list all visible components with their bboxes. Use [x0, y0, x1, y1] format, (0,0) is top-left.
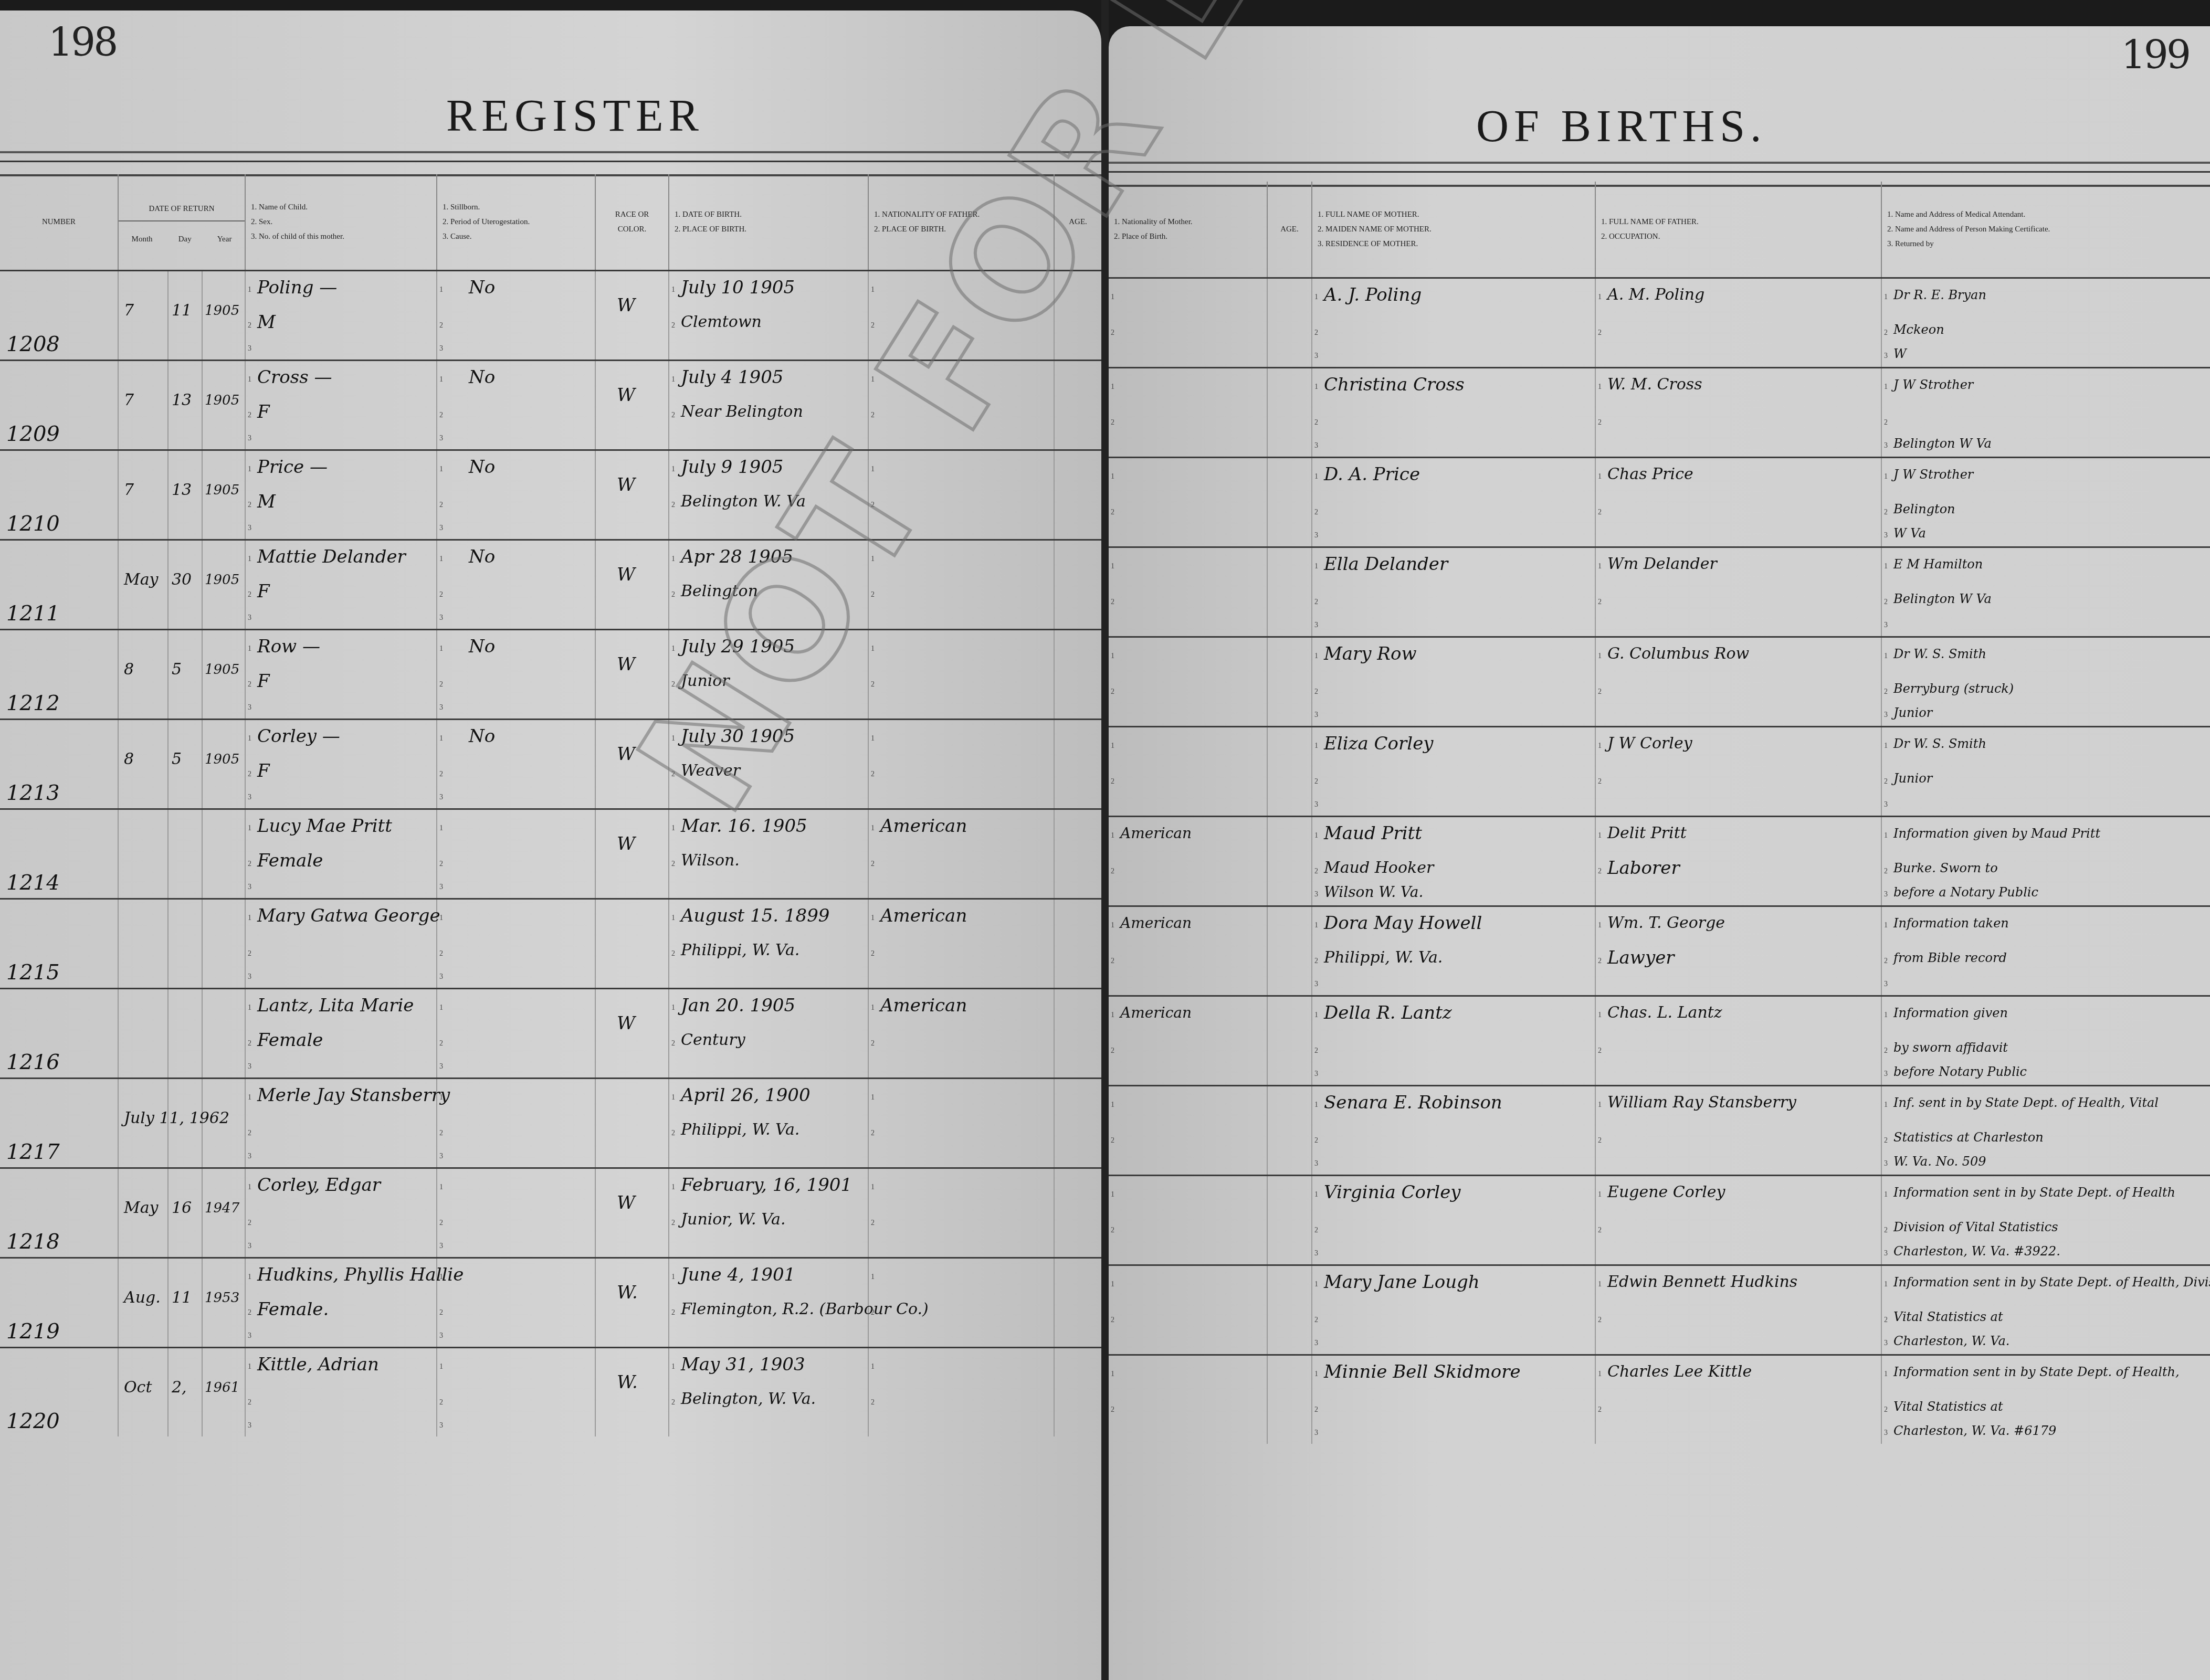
line-marker-1: 1 [1884, 922, 1888, 930]
line-marker-2: 2 [1314, 868, 1318, 876]
line-marker-3: 3 [1314, 1339, 1318, 1348]
line-marker-1: 1 [1598, 1281, 1602, 1289]
line-marker-3: 3 [1884, 1070, 1888, 1079]
line-marker-3: 3 [1314, 352, 1318, 361]
header-child: 1. Name of Child. 2. Sex. 3. No. of chil… [245, 174, 437, 271]
header-mother-nationality: 1. Nationality of Mother. 2. Place of Bi… [1109, 182, 1267, 278]
line-marker-1: 1 [1598, 293, 1602, 302]
line-marker-3: 3 [1884, 980, 1888, 989]
line-marker-2: 2 [671, 770, 675, 779]
record-number: 1218 [6, 1229, 60, 1255]
line-marker-3: 3 [439, 1063, 443, 1071]
line-marker-1: 1 [439, 645, 443, 653]
return-month: 8 [124, 746, 134, 773]
attendant-line-1: Dr R. E. Bryan [1893, 282, 1986, 308]
child-name: Lantz, Lita Marie [257, 992, 414, 1019]
attendant-line-2: from Bible record [1893, 945, 2007, 971]
line-marker-1: 1 [1111, 742, 1114, 751]
line-marker-1: 1 [671, 735, 675, 743]
line-marker-1: 1 [248, 1363, 251, 1371]
attendant-line-2: Vital Statistics at [1893, 1304, 2003, 1330]
line-marker-2: 2 [1884, 329, 1888, 337]
line-marker-2: 2 [248, 770, 251, 779]
header-birth-date: 1. DATE OF BIRTH. [675, 207, 862, 222]
attendant-line-3: before a Notary Public [1893, 879, 2038, 905]
line-marker-1: 1 [1884, 652, 1888, 661]
child-sex: M [257, 309, 276, 335]
register-row: 1216123Lantz, Lita MarieFemale123W12Jan … [0, 989, 1101, 1079]
register-row: 1213851905123Corley —F123NoW12July 30 19… [0, 720, 1101, 809]
line-marker-2: 2 [439, 591, 443, 599]
return-month: May [124, 567, 159, 593]
left-page: 198 REGISTER NUMBER DATE OF RETURN Month… [0, 10, 1101, 1680]
register-table-left: NUMBER DATE OF RETURN Month Day Year 1. … [0, 174, 1101, 1436]
father-name: Chas Price [1607, 461, 1693, 488]
attendant-line-3: W [1893, 341, 1907, 367]
record-number: 1210 [6, 511, 60, 537]
mother-nationality: American [1120, 820, 1192, 847]
line-marker-2: 2 [871, 770, 875, 779]
line-marker-2: 2 [1314, 509, 1318, 517]
line-marker-3: 3 [439, 435, 443, 443]
line-marker-2: 2 [439, 322, 443, 330]
race-value: W [617, 741, 635, 767]
line-marker-1: 1 [671, 914, 675, 923]
father-name: G. Columbus Row [1607, 641, 1749, 667]
line-marker-1: 1 [248, 286, 251, 294]
register-row-right: 12American123Della R. Lantz12Chas. L. La… [1109, 996, 2210, 1086]
attendant-line-1: J W Strother [1893, 461, 1973, 488]
child-sex: Female [257, 848, 323, 874]
line-marker-1: 1 [1111, 293, 1114, 302]
line-marker-2: 2 [1314, 1227, 1318, 1235]
line-marker-2: 2 [871, 591, 875, 599]
line-marker-2: 2 [1598, 329, 1602, 337]
line-marker-2: 2 [671, 1309, 675, 1317]
mother-name: Minnie Bell Skidmore [1324, 1359, 1521, 1385]
line-marker-2: 2 [248, 591, 251, 599]
attendant-line-3: Junior [1893, 700, 1932, 726]
line-marker-1: 1 [671, 1094, 675, 1102]
header-father-nat-2: 2. PLACE OF BIRTH. [874, 222, 1048, 237]
line-marker-1: 1 [671, 1184, 675, 1192]
father-name: Eugene Corley [1607, 1179, 1725, 1206]
father-name: Wm Delander [1607, 551, 1717, 577]
line-marker-2: 2 [1598, 1316, 1602, 1325]
header-date-of-return-label: DATE OF RETURN [119, 197, 245, 221]
line-marker-2: 2 [1598, 1137, 1602, 1145]
child-name: Corley, Edgar [257, 1172, 381, 1198]
register-row: 1215123Mary Gatwa George12312August 15. … [0, 899, 1101, 989]
line-marker-2: 2 [671, 591, 675, 599]
line-marker-2: 2 [248, 322, 251, 330]
line-marker-2: 2 [871, 1219, 875, 1228]
record-number: 1212 [6, 690, 60, 716]
father-name: W. M. Cross [1607, 372, 1702, 398]
birth-place: Belington, W. Va. [681, 1386, 816, 1412]
father-nationality: American [880, 903, 967, 929]
line-marker-1: 1 [248, 914, 251, 923]
header-child-sex: 2. Sex. [251, 215, 431, 229]
mother-residence: Wilson W. Va. [1324, 879, 1423, 905]
child-sex: Female [257, 1027, 323, 1053]
attendant-line-2: Burke. Sworn to [1893, 855, 1998, 881]
line-marker-3: 3 [248, 973, 251, 981]
line-marker-1: 1 [1314, 652, 1318, 661]
line-marker-1: 1 [1598, 1101, 1602, 1110]
line-marker-3: 3 [439, 704, 443, 712]
birth-date: July 10 1905 [681, 274, 795, 301]
record-number: 1219 [6, 1318, 60, 1345]
line-marker-2: 2 [1884, 1137, 1888, 1145]
birth-date: April 26, 1900 [681, 1082, 811, 1108]
return-year: 1947 [205, 1195, 239, 1221]
line-marker-2: 2 [1111, 688, 1114, 696]
attendant-line-2: by sworn affidavit [1893, 1034, 2008, 1061]
line-marker-1: 1 [1884, 1011, 1888, 1020]
line-marker-2: 2 [1884, 598, 1888, 607]
line-marker-3: 3 [248, 1332, 251, 1340]
attendant-line-1: Information taken [1893, 910, 2009, 936]
return-year: 1905 [205, 657, 239, 683]
line-marker-2: 2 [248, 501, 251, 510]
birth-date: May 31, 1903 [681, 1351, 805, 1378]
line-marker-3: 3 [1884, 352, 1888, 361]
line-marker-2: 2 [671, 1219, 675, 1228]
line-marker-1: 1 [1111, 1370, 1114, 1379]
line-marker-1: 1 [871, 286, 875, 294]
attendant-line-1: J W Strother [1893, 372, 1973, 398]
child-sex: M [257, 489, 276, 515]
line-marker-1: 1 [248, 735, 251, 743]
line-marker-1: 1 [1314, 1370, 1318, 1379]
line-marker-1: 1 [671, 286, 675, 294]
line-marker-2: 2 [1111, 1047, 1114, 1055]
line-marker-3: 3 [439, 973, 443, 981]
table-header-row-right: 1. Nationality of Mother. 2. Place of Bi… [1109, 182, 2210, 278]
line-marker-1: 1 [1598, 473, 1602, 481]
line-marker-3: 3 [1884, 711, 1888, 720]
line-marker-1: 1 [439, 1273, 443, 1282]
line-marker-1: 1 [1884, 1370, 1888, 1379]
header-race-2: COLOR. [601, 222, 663, 237]
line-marker-2: 2 [1884, 778, 1888, 786]
line-marker-2: 2 [1111, 509, 1114, 517]
birth-date: July 30 1905 [681, 723, 795, 749]
line-marker-1: 1 [871, 914, 875, 923]
line-marker-3: 3 [1884, 1250, 1888, 1258]
child-sex: F [257, 758, 270, 784]
record-number: 1209 [6, 421, 60, 447]
register-row: 1211May301905123Mattie DelanderF123NoW12… [0, 540, 1101, 630]
line-marker-3: 3 [1314, 532, 1318, 540]
return-year: 1961 [205, 1375, 239, 1401]
line-marker-2: 2 [1884, 1316, 1888, 1325]
birth-date: Apr 28 1905 [681, 544, 793, 570]
line-marker-1: 1 [1598, 742, 1602, 751]
child-name: Poling — [257, 274, 337, 301]
line-marker-1: 1 [1314, 922, 1318, 930]
register-row: 1218May161947123Corley, Edgar123W12Febru… [0, 1168, 1101, 1258]
header-stillborn: 1. Stillborn. 2. Period of Uterogestatio… [437, 174, 595, 271]
line-marker-1: 1 [1598, 1370, 1602, 1379]
line-marker-2: 2 [1314, 1316, 1318, 1325]
line-marker-2: 2 [1314, 419, 1318, 427]
line-marker-1: 1 [248, 1004, 251, 1012]
line-marker-2: 2 [1314, 1137, 1318, 1145]
line-marker-2: 2 [439, 411, 443, 420]
line-marker-1: 1 [439, 376, 443, 384]
header-father-name: 1. FULL NAME OF FATHER. [1601, 215, 1876, 229]
father-name: Delit Pritt [1607, 820, 1687, 847]
attendant-line-3: Charleston, W. Va. #3922. [1893, 1238, 2060, 1264]
line-marker-3: 3 [439, 1242, 443, 1251]
header-father-occupation: 2. OCCUPATION. [1601, 229, 1876, 244]
line-marker-1: 1 [248, 376, 251, 384]
return-day: 2, [172, 1375, 187, 1401]
header-date-of-return: DATE OF RETURN Month Day Year [118, 174, 245, 271]
father-occupation: Laborer [1607, 855, 1680, 881]
register-row: 1212851905123Row —F123NoW12July 29 1905J… [0, 630, 1101, 720]
line-marker-3: 3 [248, 794, 251, 802]
header-birth-place: 2. PLACE OF BIRTH. [675, 222, 862, 237]
line-marker-3: 3 [248, 614, 251, 622]
return-day: 11 [172, 1285, 192, 1311]
header-child-no: 3. No. of child of this mother. [251, 229, 431, 244]
header-child-name: 1. Name of Child. [251, 200, 431, 215]
father-name: Wm. T. George [1607, 910, 1725, 936]
line-marker-3: 3 [248, 524, 251, 533]
attendant-line-2: Belington [1893, 496, 1955, 522]
line-marker-2: 2 [1598, 1047, 1602, 1055]
mother-name: Maud Pritt [1324, 820, 1422, 847]
line-marker-2: 2 [1314, 1406, 1318, 1414]
attendant-line-3: Charleston, W. Va. #6179 [1893, 1418, 2056, 1444]
attendant-line-1: E M Hamilton [1893, 551, 1983, 577]
attendant-line-2: Mckeon [1893, 316, 1944, 343]
header-race-1: RACE OR [601, 207, 663, 222]
race-value: W [617, 1190, 635, 1216]
mother-maiden-name: Philippi, W. Va. [1324, 945, 1443, 971]
line-marker-1: 1 [1314, 383, 1318, 392]
line-marker-1: 1 [1111, 1281, 1114, 1289]
line-marker-2: 2 [1884, 509, 1888, 517]
register-row-right: 12123Virginia Corley12Eugene Corley123In… [1109, 1176, 2210, 1265]
line-marker-1: 1 [1314, 742, 1318, 751]
line-marker-1: 1 [1111, 832, 1114, 840]
birth-date: July 4 1905 [681, 364, 783, 390]
line-marker-1: 1 [248, 1184, 251, 1192]
line-marker-3: 3 [439, 883, 443, 892]
birth-place: Philippi, W. Va. [681, 937, 799, 964]
birth-place: Clemtown [681, 309, 762, 335]
header-day: Day [178, 232, 192, 247]
child-sex: F [257, 668, 270, 694]
attendant-line-3: before Notary Public [1893, 1059, 2027, 1085]
line-marker-1: 1 [871, 1363, 875, 1371]
race-value: W [617, 831, 635, 857]
child-name: Mattie Delander [257, 544, 406, 570]
line-marker-2: 2 [671, 950, 675, 958]
register-book-spread: 198 REGISTER NUMBER DATE OF RETURN Month… [0, 0, 2210, 1680]
line-marker-3: 3 [1314, 621, 1318, 630]
record-number: 1215 [6, 959, 60, 986]
line-marker-3: 3 [439, 1153, 443, 1161]
line-marker-2: 2 [1111, 1227, 1114, 1235]
line-marker-2: 2 [439, 501, 443, 510]
attendant-line-2: Berryburg (struck) [1893, 675, 2014, 702]
father-nationality: American [880, 813, 967, 839]
line-marker-3: 3 [439, 794, 443, 802]
line-marker-1: 1 [248, 466, 251, 474]
race-value: W [617, 292, 635, 319]
line-marker-1: 1 [671, 466, 675, 474]
line-marker-1: 1 [248, 825, 251, 833]
line-marker-2: 2 [1598, 509, 1602, 517]
line-marker-3: 3 [248, 704, 251, 712]
line-marker-2: 2 [1598, 598, 1602, 607]
line-marker-3: 3 [248, 1242, 251, 1251]
mother-name: Della R. Lantz [1324, 1000, 1452, 1026]
line-marker-3: 3 [1884, 1339, 1888, 1348]
return-year: 1905 [205, 567, 239, 593]
child-name: Kittle, Adrian [257, 1351, 379, 1378]
line-marker-1: 1 [1598, 832, 1602, 840]
header-age-left: AGE. [1054, 174, 1101, 271]
line-marker-1: 1 [1111, 652, 1114, 661]
line-marker-1: 1 [671, 1363, 675, 1371]
line-marker-2: 2 [671, 1040, 675, 1048]
line-marker-1: 1 [1598, 1011, 1602, 1020]
record-number: 1216 [6, 1049, 60, 1075]
line-marker-1: 1 [1111, 563, 1114, 571]
line-marker-1: 1 [1111, 1101, 1114, 1110]
line-marker-2: 2 [1111, 1316, 1114, 1325]
line-marker-1: 1 [248, 1094, 251, 1102]
return-day: 11 [172, 298, 192, 324]
return-day: 13 [172, 387, 192, 414]
mother-name: Christina Cross [1324, 372, 1465, 398]
line-marker-2: 2 [439, 950, 443, 958]
register-table-right: 1. Nationality of Mother. 2. Place of Bi… [1109, 182, 2210, 1444]
header-mother: 1. FULL NAME OF MOTHER. 2. MAIDEN NAME O… [1312, 182, 1595, 278]
return-day: 13 [172, 477, 192, 503]
line-marker-2: 2 [671, 1129, 675, 1138]
line-marker-1: 1 [871, 825, 875, 833]
line-marker-1: 1 [439, 466, 443, 474]
header-mother-nat-2: 2. Place of Birth. [1114, 229, 1261, 244]
attendant-line-1: Dr W. S. Smith [1893, 731, 1986, 757]
header-year: Year [217, 232, 232, 247]
line-marker-2: 2 [1598, 1406, 1602, 1414]
child-name: Row — [257, 633, 320, 660]
line-marker-1: 1 [671, 1273, 675, 1282]
line-marker-1: 1 [871, 1273, 875, 1282]
line-marker-1: 1 [1111, 922, 1114, 930]
line-marker-2: 2 [439, 1219, 443, 1228]
line-marker-3: 3 [1884, 801, 1888, 809]
birth-place: Belington W. Va [681, 489, 806, 515]
line-marker-2: 2 [1111, 1406, 1114, 1414]
birth-date: February, 16, 1901 [681, 1172, 852, 1198]
birth-place: Weaver [681, 758, 740, 784]
line-marker-1: 1 [1598, 1191, 1602, 1199]
register-row-right: 12American123Maud PrittMaud HookerWilson… [1109, 817, 2210, 906]
line-marker-2: 2 [1111, 598, 1114, 607]
line-marker-1: 1 [439, 1363, 443, 1371]
line-marker-1: 1 [1111, 383, 1114, 392]
line-marker-1: 1 [1314, 563, 1318, 571]
line-marker-2: 2 [1598, 957, 1602, 966]
line-marker-3: 3 [439, 524, 443, 533]
line-marker-1: 1 [871, 1184, 875, 1192]
line-marker-1: 1 [1598, 563, 1602, 571]
return-year: 1905 [205, 477, 239, 503]
line-marker-1: 1 [1884, 473, 1888, 481]
register-row-right: 12123Minnie Bell Skidmore12Charles Lee K… [1109, 1355, 2210, 1444]
register-row: 12097131905123Cross —F123NoW12July 4 190… [0, 361, 1101, 450]
line-marker-3: 3 [1884, 532, 1888, 540]
line-marker-3: 3 [1314, 1429, 1318, 1438]
header-stillborn-3: 3. Cause. [443, 229, 590, 244]
page-title-right: OF BIRTHS. [1476, 100, 1767, 152]
line-marker-1: 1 [248, 555, 251, 564]
line-marker-1: 1 [248, 645, 251, 653]
line-marker-2: 2 [1598, 778, 1602, 786]
line-marker-2: 2 [671, 411, 675, 420]
line-marker-3: 3 [248, 1063, 251, 1071]
record-number: 1214 [6, 870, 60, 896]
line-marker-2: 2 [871, 1399, 875, 1407]
line-marker-2: 2 [671, 501, 675, 510]
line-marker-1: 1 [248, 1273, 251, 1282]
line-marker-1: 1 [439, 735, 443, 743]
line-marker-2: 2 [439, 770, 443, 779]
line-marker-2: 2 [248, 950, 251, 958]
line-marker-2: 2 [871, 1129, 875, 1138]
return-year: 1905 [205, 387, 239, 414]
line-marker-1: 1 [1598, 652, 1602, 661]
line-marker-1: 1 [671, 645, 675, 653]
line-marker-2: 2 [1598, 688, 1602, 696]
line-marker-1: 1 [871, 1094, 875, 1102]
line-marker-3: 3 [1314, 891, 1318, 899]
line-marker-1: 1 [1314, 1011, 1318, 1020]
line-marker-2: 2 [1884, 868, 1888, 876]
attendant-line-1: Information given by Maud Pritt [1893, 820, 2100, 847]
line-marker-1: 1 [1111, 1191, 1114, 1199]
line-marker-2: 2 [1884, 419, 1888, 427]
line-marker-2: 2 [1884, 1406, 1888, 1414]
attendant-line-1: Inf. sent in by State Dept. of Health, V… [1893, 1090, 2159, 1116]
line-marker-1: 1 [439, 1004, 443, 1012]
race-value: W. [617, 1369, 638, 1396]
line-marker-3: 3 [248, 883, 251, 892]
line-marker-2: 2 [248, 1129, 251, 1138]
table-header-row: NUMBER DATE OF RETURN Month Day Year 1. … [0, 174, 1101, 271]
birth-date: August 15. 1899 [681, 903, 829, 929]
line-marker-3: 3 [1884, 1160, 1888, 1168]
mother-name: Eliza Corley [1324, 731, 1434, 757]
line-marker-2: 2 [1111, 419, 1114, 427]
line-marker-2: 2 [871, 860, 875, 869]
line-marker-2: 2 [439, 1040, 443, 1048]
line-marker-2: 2 [671, 860, 675, 869]
return-month: Aug. [124, 1285, 161, 1311]
attendant-line-2: Junior [1893, 765, 1932, 791]
birth-place: Century [681, 1027, 745, 1053]
mother-name: A. J. Poling [1324, 282, 1422, 308]
